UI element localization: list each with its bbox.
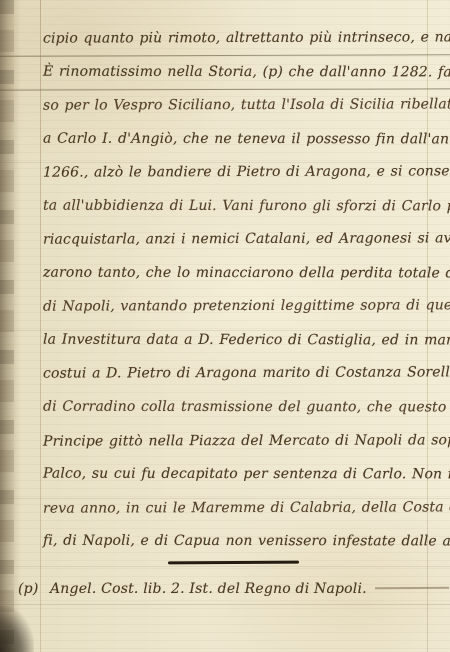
text-line: di Napoli, vantando pretenzioni leggitti… (43, 290, 448, 325)
footnote-text: Angel. Cost. lib. 2. Ist. del Regno di N… (50, 581, 367, 597)
text-line: Palco, su cui fu decapitato per sentenza… (43, 458, 448, 492)
text-line: la Investitura data a D. Federico di Cas… (43, 324, 448, 358)
text-line: zarono tanto, che lo minacciarono della … (43, 256, 448, 290)
left-margin-rule (40, 0, 41, 652)
text-line: so per lo Vespro Siciliano, tutta l'Isol… (43, 88, 448, 123)
text-line: cipio quanto più rimoto, altrettanto più… (43, 21, 448, 56)
manuscript-page: cipio quanto più rimoto, altrettanto più… (0, 0, 450, 652)
footnote-marker: (p) (18, 581, 42, 597)
text-line: di Corradino colla trasmissione del guan… (43, 391, 448, 425)
bottom-left-corner-shadow (0, 606, 34, 652)
ruled-line (0, 604, 450, 605)
text-line: costui a D. Pietro di Aragona marito di … (43, 357, 448, 392)
text-line: reva anno, in cui le Maremme di Calabria… (43, 491, 448, 526)
footnote-divider (168, 561, 299, 565)
text-line: riacquistarla, anzi i nemici Catalani, e… (43, 223, 448, 258)
text-line: Principe gittò nella Piazza del Mercato … (43, 424, 448, 459)
text-line: fi, di Napoli, e di Capua non venissero … (43, 525, 448, 559)
ruled-line (0, 566, 450, 567)
text-line: È rinomatissimo nella Storia, (p) che da… (43, 55, 448, 89)
text-line: a Carlo I. d'Angiò, che ne teneva il pos… (43, 122, 448, 156)
left-edge-mottling (0, 0, 14, 652)
footnote-flourish (375, 587, 449, 590)
manuscript-text: cipio quanto più rimoto, altrettanto più… (43, 22, 448, 559)
text-line: ta all'ubbidienza di Lui. Vani furono gl… (43, 189, 448, 223)
footnote: (p)Angel. Cost. lib. 2. Ist. del Regno d… (18, 581, 444, 597)
text-line: 1266., alzò le bandiere di Pietro di Ara… (43, 156, 448, 191)
